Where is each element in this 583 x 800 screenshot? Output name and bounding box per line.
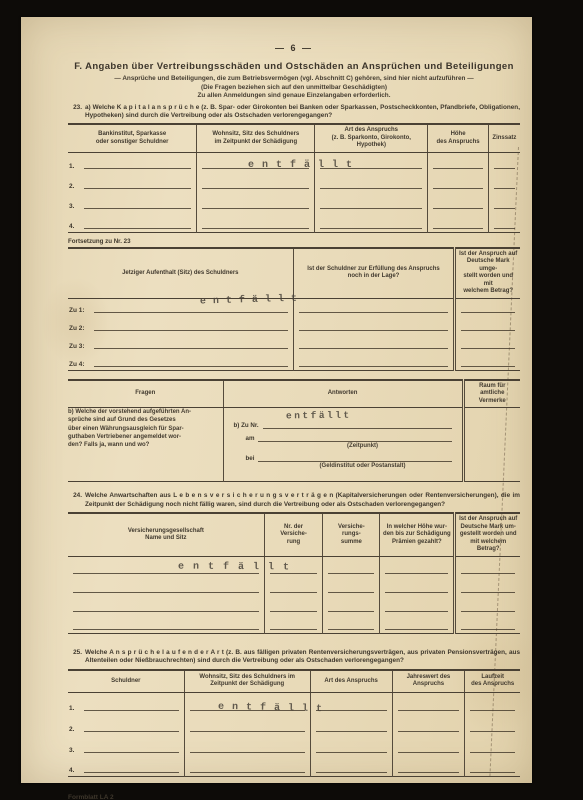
writing-line <box>270 629 318 630</box>
writing-line <box>398 710 460 711</box>
writing-line <box>433 168 483 169</box>
writing-line <box>461 312 515 313</box>
page-number: — 6 — <box>68 43 520 53</box>
answer-line <box>263 420 452 429</box>
writing-line <box>398 731 460 732</box>
table-23-capital-claims: Bankinstitut, Sparkasse oder sonstiger S… <box>68 123 520 233</box>
writing-line <box>494 228 515 229</box>
col-header: Fragen <box>68 380 223 408</box>
writing-line <box>433 188 483 189</box>
scanned-form-page: — 6 — F. Angaben über Vertreibungsschäde… <box>21 17 532 783</box>
writing-line <box>94 312 288 313</box>
table-24-life-insurance: Versicherungsgesellschaft Name und Sitz … <box>68 512 520 635</box>
writing-line <box>385 592 448 593</box>
answer-label-zu-nr: b) Zu Nr. <box>234 422 263 429</box>
row-label: 3. <box>69 747 74 754</box>
col-header: Antworten <box>223 380 463 408</box>
writing-line <box>299 312 449 313</box>
question-24: 24. Welche Anwartschaften aus L e b e n … <box>68 492 520 508</box>
subtitle-note-3: Zu allen Anmeldungen sind genaue Einzela… <box>68 92 520 99</box>
writing-line <box>433 208 483 209</box>
question-23-text: a) Welche K a p i t a l a n s p r ü c h … <box>85 104 520 120</box>
col-header: Jetziger Aufenthalt (Sitz) des Schuldner… <box>68 248 293 299</box>
writing-line <box>84 188 191 189</box>
writing-line <box>190 752 305 753</box>
answer-line <box>258 453 451 462</box>
caption-geldinstitut: (Geldinstitut oder Postanstalt) <box>264 463 462 469</box>
col-header: Ist der Anspruch auf Deutsche Mark umge-… <box>455 248 520 299</box>
writing-line <box>385 573 448 574</box>
col-header: Nr. der Versiche- rung <box>264 513 323 557</box>
row-label: 4. <box>69 223 74 230</box>
writing-line <box>270 611 318 612</box>
col-header: Art des Anspruchs (z. B. Sparkonto, Giro… <box>315 124 428 152</box>
writing-line <box>320 188 422 189</box>
writing-line <box>73 611 259 612</box>
row-label: 2. <box>69 726 74 733</box>
table-row: 3. <box>68 735 520 756</box>
table-row <box>68 596 520 615</box>
col-header: Versicherungsgesellschaft Name und Sitz <box>68 513 264 557</box>
writing-line <box>470 710 515 711</box>
col-header: Versiche- rungs- summe <box>323 513 380 557</box>
official-remarks-cell <box>463 408 520 482</box>
writing-line <box>299 330 449 331</box>
row-label: 1. <box>69 163 74 170</box>
row-label: 1. <box>69 705 74 712</box>
writing-line <box>461 592 515 593</box>
table-row: Zu 4: <box>68 352 520 370</box>
writing-line <box>202 228 309 229</box>
col-header: Schuldner <box>68 670 184 693</box>
writing-line <box>73 629 259 630</box>
writing-line <box>328 611 374 612</box>
table-row: 2. <box>68 714 520 735</box>
table-row <box>68 577 520 596</box>
writing-line <box>398 752 460 753</box>
writing-line <box>320 208 422 209</box>
col-header: Ist der Anspruch auf Deutsche Mark um- g… <box>455 513 520 557</box>
col-header: In welcher Höhe wur- den bis zur Schädig… <box>380 513 455 557</box>
subtitle-note-2: (Die Fragen beziehen sich auf den unmitt… <box>68 84 520 91</box>
writing-line <box>270 592 318 593</box>
writing-line <box>470 752 515 753</box>
table-row: 2. <box>68 172 520 192</box>
writing-line <box>94 348 288 349</box>
writing-line <box>385 629 448 630</box>
table-row: 3. <box>68 192 520 212</box>
writing-line <box>84 168 191 169</box>
col-header: Ist der Schuldner zur Erfüllung des Ansp… <box>293 248 455 299</box>
typed-entry-entfaellt: entfällt <box>248 160 360 171</box>
question-b-text: b) Welche der vorstehend aufgeführten An… <box>68 408 223 482</box>
answer-line <box>258 433 451 442</box>
writing-line <box>470 731 515 732</box>
table-row: Zu 3: <box>68 334 520 352</box>
writing-line <box>299 366 449 367</box>
writing-line <box>385 611 448 612</box>
table-row: 4. <box>68 212 520 232</box>
col-header: Zinssatz <box>488 124 520 152</box>
writing-line <box>461 611 515 612</box>
table-row: Zu 2: <box>68 316 520 334</box>
writing-line <box>461 629 515 630</box>
typed-entry-entfaellt: entfällt <box>178 561 298 573</box>
writing-line <box>461 348 515 349</box>
writing-line <box>84 772 179 773</box>
writing-line <box>328 592 374 593</box>
writing-line <box>494 208 515 209</box>
question-23-number: 23. <box>68 104 82 120</box>
row-label: Zu 3: <box>69 343 85 350</box>
col-header: Wohnsitz, Sitz des Schuldners im Zeitpun… <box>197 124 315 152</box>
writing-line <box>494 168 515 169</box>
writing-line <box>73 592 259 593</box>
col-header: Jahreswert des Anspruchs <box>392 670 465 693</box>
writing-line <box>84 710 179 711</box>
writing-line <box>316 752 387 753</box>
row-label: 3. <box>69 203 74 210</box>
typed-entry-entfaellt: entfällt <box>218 701 330 715</box>
question-24-number: 24. <box>68 492 82 508</box>
col-header: Bankinstitut, Sparkasse oder sonstiger S… <box>68 124 197 152</box>
answer-label-am: am <box>246 435 259 442</box>
writing-line <box>94 330 288 331</box>
table-row <box>68 615 520 634</box>
caption-zeitpunkt: (Zeitpunkt) <box>264 443 462 449</box>
row-label: Zu 4: <box>69 361 85 368</box>
row-label: Zu 1: <box>69 307 85 314</box>
answer-label-bei: bei <box>246 455 259 462</box>
writing-line <box>494 188 515 189</box>
col-header: Art des Anspruchs <box>310 670 392 693</box>
writing-line <box>84 731 179 732</box>
section-title: F. Angaben über Vertreibungsschäden und … <box>68 61 520 72</box>
question-25: 25. Welche A n s p r ü c h e l a u f e n… <box>68 649 520 665</box>
continuation-label: Fortsetzung zu Nr. 23 <box>68 238 520 245</box>
writing-line <box>190 772 305 773</box>
writing-line <box>84 752 179 753</box>
writing-line <box>94 366 288 367</box>
question-25-text: Welche A n s p r ü c h e l a u f e n d e… <box>85 649 520 665</box>
writing-line <box>328 573 374 574</box>
writing-line <box>202 188 309 189</box>
row-label: 4. <box>69 767 74 774</box>
writing-line <box>84 228 191 229</box>
col-header: Wohnsitz, Sitz des Schuldners im Zeitpun… <box>184 670 310 693</box>
writing-line <box>398 772 460 773</box>
writing-line <box>461 330 515 331</box>
writing-line <box>202 208 309 209</box>
form-id: Formblatt LA 2 <box>68 794 520 800</box>
row-label: 2. <box>69 183 74 190</box>
writing-line <box>328 629 374 630</box>
writing-line <box>461 366 515 367</box>
table-23-continuation: Jetziger Aufenthalt (Sitz) des Schuldner… <box>68 247 520 371</box>
writing-line <box>84 208 191 209</box>
table-questions-answers: Fragen Antworten Raum für amtliche Verme… <box>68 379 520 483</box>
col-header: Höhe des Anspruchs <box>428 124 489 152</box>
question-25-number: 25. <box>68 649 82 665</box>
subtitle-note-1: — Ansprüche und Beteiligungen, die zum B… <box>68 75 520 82</box>
question-24-text: Welche Anwartschaften aus L e b e n s v … <box>85 492 520 508</box>
writing-line <box>470 772 515 773</box>
table-row: 4. <box>68 756 520 777</box>
writing-line <box>433 228 483 229</box>
col-header: Laufzeit des Anspruchs <box>465 670 520 693</box>
writing-line <box>299 348 449 349</box>
writing-line <box>320 228 422 229</box>
table-25-recurring-claims: Schuldner Wohnsitz, Sitz des Schuldners … <box>68 669 520 778</box>
typed-entry-entfaellt: entfällt <box>286 410 352 422</box>
writing-line <box>316 731 387 732</box>
writing-line <box>190 731 305 732</box>
writing-line <box>316 772 387 773</box>
row-label: Zu 2: <box>69 325 85 332</box>
col-header: Raum für amtliche Vermerke <box>463 380 520 408</box>
writing-line <box>461 573 515 574</box>
question-23: 23. a) Welche K a p i t a l a n s p r ü … <box>68 104 520 120</box>
